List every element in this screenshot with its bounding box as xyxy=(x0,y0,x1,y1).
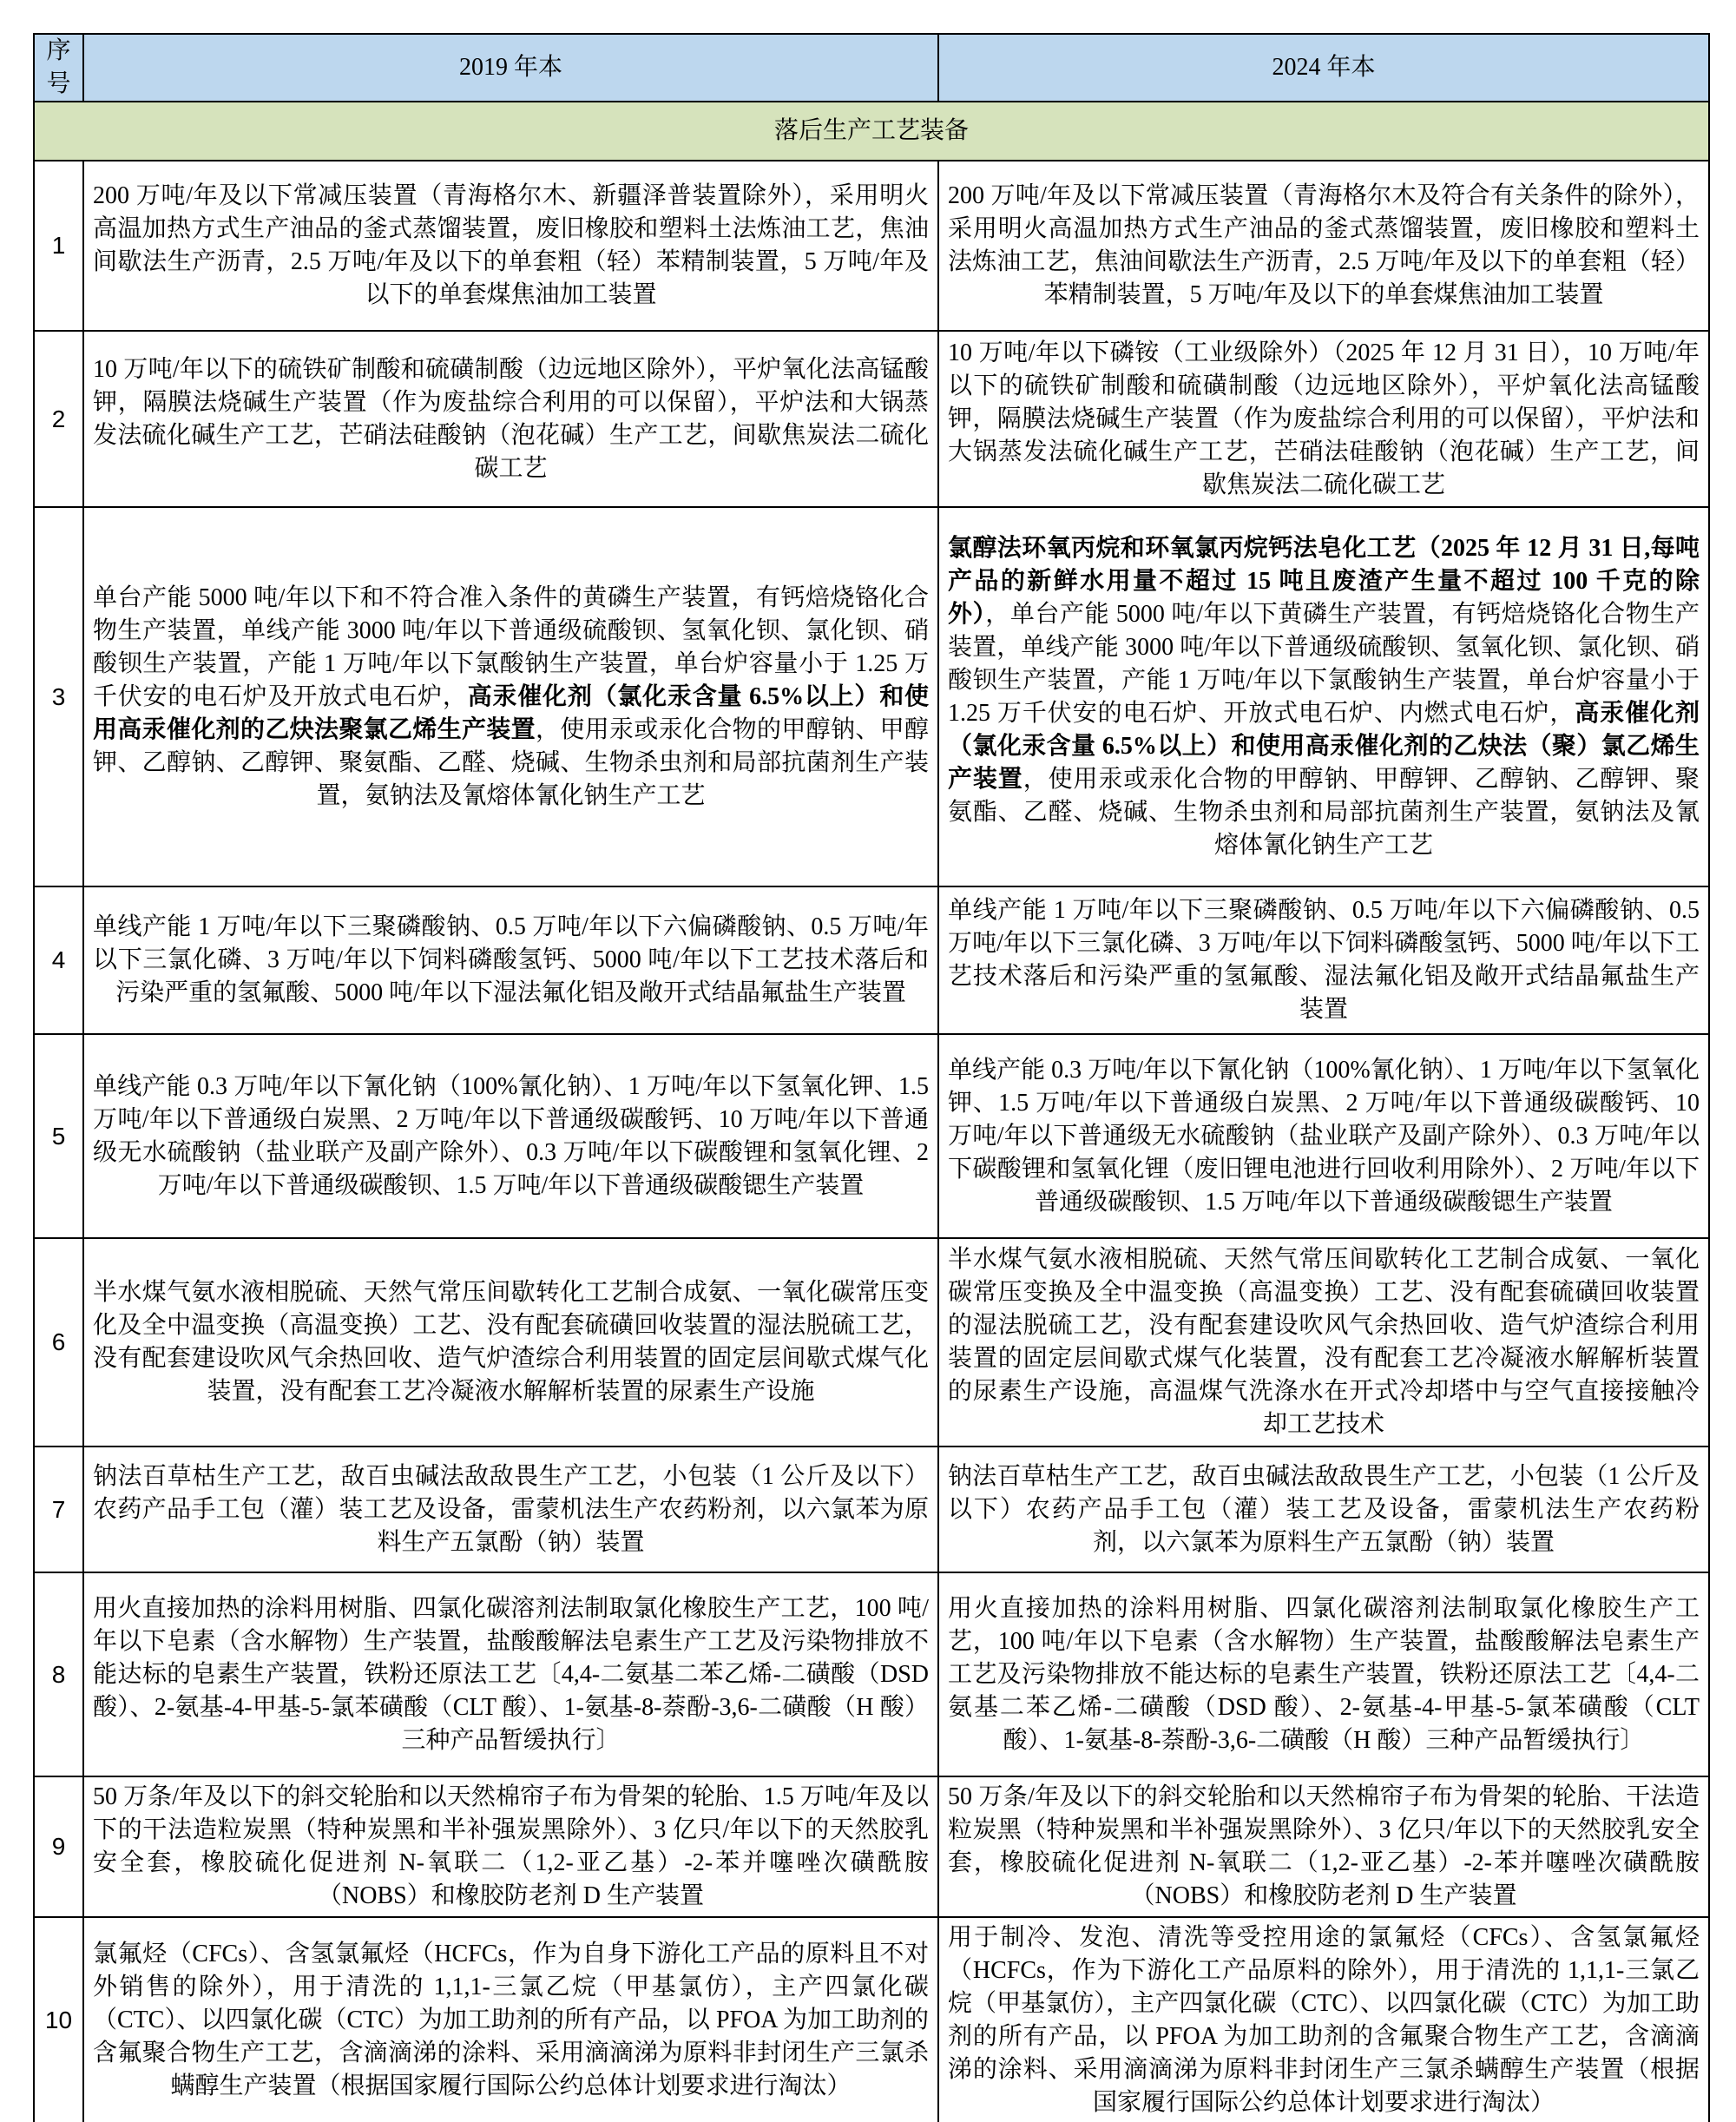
text-segment: 10 万吨/年以下磷铵（工业级除外）（2025 年 12 月 31 日），10 … xyxy=(948,339,1700,498)
text-segment: 钠法百草枯生产工艺，敌百虫碱法敌敌畏生产工艺，小包装（1 公斤及以下）农药产品手… xyxy=(948,1463,1700,1556)
cell-2019: 用火直接加热的涂料用树脂、四氯化碳溶剂法制取氯化橡胶生产工艺，100 吨/年以下… xyxy=(83,1572,938,1776)
text-segment: 200 万吨/年及以下常减压装置（青海格尔木、新疆泽普装置除外），采用明火高温加… xyxy=(93,182,929,308)
cell-2024: 200 万吨/年及以下常减压装置（青海格尔木及符合有关条件的除外），采用明火高温… xyxy=(938,161,1709,331)
table-row: 3单台产能 5000 吨/年以下和不符合准入条件的黄磷生产装置，有钙焙烧铬化合物… xyxy=(34,507,1709,886)
row-number: 2 xyxy=(34,331,83,507)
table-row: 1200 万吨/年及以下常减压装置（青海格尔木、新疆泽普装置除外），采用明火高温… xyxy=(34,161,1709,331)
text-segment: 半水煤气氨水液相脱硫、天然气常压间歇转化工艺制合成氨、一氧化碳常压变化及全中温变… xyxy=(93,1279,929,1405)
table-row: 10氯氟烃（CFCs）、含氢氯氟烃（HCFCs，作为自身下游化工产品的原料且不对… xyxy=(34,1917,1709,2122)
text-segment: 单线产能 1 万吨/年以下三聚磷酸钠、0.5 万吨/年以下六偏磷酸钠、0.5 万… xyxy=(93,913,929,1006)
row-number: 8 xyxy=(34,1572,83,1776)
header-col-2024: 2024 年本 xyxy=(938,34,1709,102)
row-number: 9 xyxy=(34,1776,83,1917)
table-row: 4单线产能 1 万吨/年以下三聚磷酸钠、0.5 万吨/年以下六偏磷酸钠、0.5 … xyxy=(34,886,1709,1034)
table-body: 1200 万吨/年及以下常减压装置（青海格尔木、新疆泽普装置除外），采用明火高温… xyxy=(34,161,1709,2122)
table-row: 950 万条/年及以下的斜交轮胎和以天然棉帘子布为骨架的轮胎、1.5 万吨/年及… xyxy=(34,1776,1709,1917)
row-number: 6 xyxy=(34,1238,83,1447)
cell-2024: 半水煤气氨水液相脱硫、天然气常压间歇转化工艺制合成氨、一氧化碳常压变换及全中温变… xyxy=(938,1238,1709,1447)
cell-2024: 10 万吨/年以下磷铵（工业级除外）（2025 年 12 月 31 日），10 … xyxy=(938,331,1709,507)
cell-2019: 单线产能 0.3 万吨/年以下氰化钠（100%氰化钠）、1 万吨/年以下氢氧化钾… xyxy=(83,1034,938,1238)
text-segment: 50 万条/年及以下的斜交轮胎和以天然棉帘子布为骨架的轮胎、1.5 万吨/年及以… xyxy=(93,1783,929,1909)
cell-2019: 单台产能 5000 吨/年以下和不符合准入条件的黄磷生产装置，有钙焙烧铬化合物生… xyxy=(83,507,938,886)
cell-2019: 氯氟烃（CFCs）、含氢氯氟烃（HCFCs，作为自身下游化工产品的原料且不对外销… xyxy=(83,1917,938,2122)
table-row: 210 万吨/年以下的硫铁矿制酸和硫磺制酸（边远地区除外），平炉氧化法高锰酸钾，… xyxy=(34,331,1709,507)
cell-2019: 半水煤气氨水液相脱硫、天然气常压间歇转化工艺制合成氨、一氧化碳常压变化及全中温变… xyxy=(83,1238,938,1447)
text-segment: 钠法百草枯生产工艺，敌百虫碱法敌敌畏生产工艺，小包装（1 公斤及以下）农药产品手… xyxy=(93,1463,929,1556)
text-segment: 单线产能 0.3 万吨/年以下氰化钠（100%氰化钠）、1 万吨/年以下氢氧化钾… xyxy=(948,1057,1700,1216)
row-number: 4 xyxy=(34,886,83,1034)
table-row: 6半水煤气氨水液相脱硫、天然气常压间歇转化工艺制合成氨、一氧化碳常压变化及全中温… xyxy=(34,1238,1709,1447)
cell-2024: 单线产能 1 万吨/年以下三聚磷酸钠、0.5 万吨/年以下六偏磷酸钠、0.5 万… xyxy=(938,886,1709,1034)
text-segment: 单线产能 0.3 万吨/年以下氰化钠（100%氰化钠）、1 万吨/年以下氢氧化钾… xyxy=(93,1073,929,1199)
cell-2019: 10 万吨/年以下的硫铁矿制酸和硫磺制酸（边远地区除外），平炉氧化法高锰酸钾，隔… xyxy=(83,331,938,507)
row-number: 7 xyxy=(34,1447,83,1572)
text-segment: 单线产能 1 万吨/年以下三聚磷酸钠、0.5 万吨/年以下六偏磷酸钠、0.5 万… xyxy=(948,897,1700,1023)
table-row: 5单线产能 0.3 万吨/年以下氰化钠（100%氰化钠）、1 万吨/年以下氢氧化… xyxy=(34,1034,1709,1238)
cell-2019: 50 万条/年及以下的斜交轮胎和以天然棉帘子布为骨架的轮胎、1.5 万吨/年及以… xyxy=(83,1776,938,1917)
text-segment: 氯氟烃（CFCs）、含氢氯氟烃（HCFCs，作为自身下游化工产品的原料且不对外销… xyxy=(93,1941,929,2099)
comparison-table: 序号 2019 年本 2024 年本 落后生产工艺装备 1200 万吨/年及以下… xyxy=(33,33,1710,2122)
text-segment: 50 万条/年及以下的斜交轮胎和以天然棉帘子布为骨架的轮胎、干法造粒炭黑（特种炭… xyxy=(948,1783,1700,1909)
header-col-num: 序号 xyxy=(34,34,83,102)
section-banner-row: 落后生产工艺装备 xyxy=(34,102,1709,161)
cell-2024: 用火直接加热的涂料用树脂、四氯化碳溶剂法制取氯化橡胶生产工艺，100 吨/年以下… xyxy=(938,1572,1709,1776)
row-number: 5 xyxy=(34,1034,83,1238)
table-header-row: 序号 2019 年本 2024 年本 xyxy=(34,34,1709,102)
section-banner: 落后生产工艺装备 xyxy=(34,102,1709,161)
text-segment: 半水煤气氨水液相脱硫、天然气常压间歇转化工艺制合成氨、一氧化碳常压变换及全中温变… xyxy=(948,1246,1700,1438)
text-segment: ，使用汞或汞化合物的甲醇钠、甲醇钾、乙醇钠、乙醇钾、聚氨酯、乙醛、烧碱、生物杀虫… xyxy=(948,766,1700,859)
cell-2019: 200 万吨/年及以下常减压装置（青海格尔木、新疆泽普装置除外），采用明火高温加… xyxy=(83,161,938,331)
text-segment: 用于制冷、发泡、清洗等受控用途的氯氟烃（CFCs）、含氢氯氟烃（HCFCs，作为… xyxy=(948,1924,1700,2116)
text-segment: 10 万吨/年以下的硫铁矿制酸和硫磺制酸（边远地区除外），平炉氧化法高锰酸钾，隔… xyxy=(93,356,929,482)
row-number: 1 xyxy=(34,161,83,331)
cell-2024: 单线产能 0.3 万吨/年以下氰化钠（100%氰化钠）、1 万吨/年以下氢氧化钾… xyxy=(938,1034,1709,1238)
text-segment: 用火直接加热的涂料用树脂、四氯化碳溶剂法制取氯化橡胶生产工艺，100 吨/年以下… xyxy=(93,1595,929,1754)
document-page: 序号 2019 年本 2024 年本 落后生产工艺装备 1200 万吨/年及以下… xyxy=(33,33,1708,2122)
cell-2024: 50 万条/年及以下的斜交轮胎和以天然棉帘子布为骨架的轮胎、干法造粒炭黑（特种炭… xyxy=(938,1776,1709,1917)
table-row: 8用火直接加热的涂料用树脂、四氯化碳溶剂法制取氯化橡胶生产工艺，100 吨/年以… xyxy=(34,1572,1709,1776)
text-segment: 用火直接加热的涂料用树脂、四氯化碳溶剂法制取氯化橡胶生产工艺，100 吨/年以下… xyxy=(948,1595,1700,1754)
header-col-2019: 2019 年本 xyxy=(83,34,938,102)
text-segment: 200 万吨/年及以下常减压装置（青海格尔木及符合有关条件的除外），采用明火高温… xyxy=(948,182,1700,308)
cell-2019: 单线产能 1 万吨/年以下三聚磷酸钠、0.5 万吨/年以下六偏磷酸钠、0.5 万… xyxy=(83,886,938,1034)
row-number: 3 xyxy=(34,507,83,886)
cell-2019: 钠法百草枯生产工艺，敌百虫碱法敌敌畏生产工艺，小包装（1 公斤及以下）农药产品手… xyxy=(83,1447,938,1572)
row-number: 10 xyxy=(34,1917,83,2122)
table-row: 7钠法百草枯生产工艺，敌百虫碱法敌敌畏生产工艺，小包装（1 公斤及以下）农药产品… xyxy=(34,1447,1709,1572)
cell-2024: 钠法百草枯生产工艺，敌百虫碱法敌敌畏生产工艺，小包装（1 公斤及以下）农药产品手… xyxy=(938,1447,1709,1572)
cell-2024: 用于制冷、发泡、清洗等受控用途的氯氟烃（CFCs）、含氢氯氟烃（HCFCs，作为… xyxy=(938,1917,1709,2122)
cell-2024: 氯醇法环氧丙烷和环氧氯丙烷钙法皂化工艺（2025 年 12 月 31 日,每吨产… xyxy=(938,507,1709,886)
